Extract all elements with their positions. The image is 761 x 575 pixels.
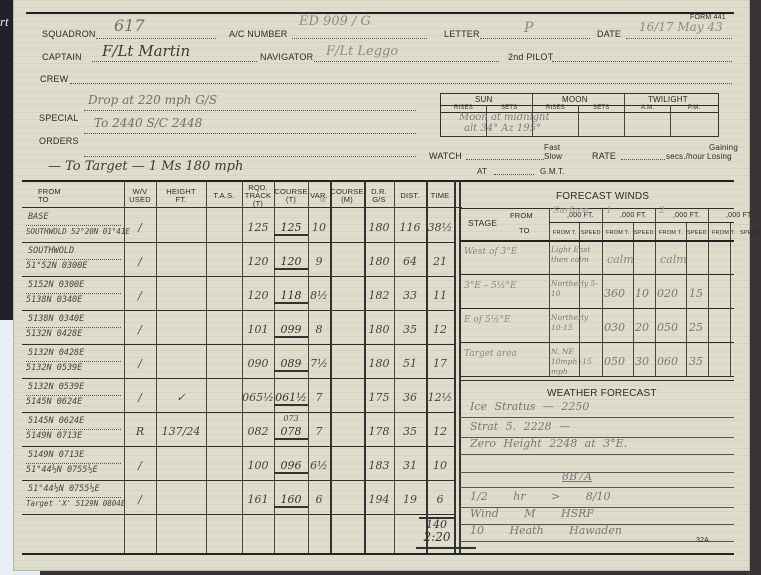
special-label: SPECIAL bbox=[39, 113, 78, 123]
winds-sub-from: FROM T. bbox=[659, 230, 682, 236]
winds-altitude-value: 2 bbox=[659, 206, 665, 216]
winds-altitude-divider bbox=[602, 209, 603, 377]
letter-value[interactable]: P bbox=[524, 20, 533, 36]
log-header-dist: DIST. bbox=[394, 192, 426, 200]
log-row-midline bbox=[26, 259, 121, 260]
orders-label: ORDERS bbox=[39, 136, 79, 146]
log-cell-wv[interactable]: / bbox=[124, 357, 156, 370]
weather-line[interactable]: 10 Heath Hawaden bbox=[470, 524, 622, 537]
ac-number-line bbox=[292, 38, 427, 39]
letter-label: LETTER bbox=[444, 29, 480, 39]
winds-stage-divider bbox=[549, 209, 550, 377]
log-cell-gs[interactable]: 180 bbox=[364, 357, 394, 370]
sun-rises-label: RISES bbox=[454, 105, 473, 111]
winds-alt1-speed[interactable]: 30 bbox=[635, 355, 649, 368]
log-cell-dist[interactable]: 31 bbox=[394, 459, 426, 472]
log-row-rule bbox=[22, 276, 454, 277]
log-row-rule bbox=[22, 480, 454, 481]
log-header-tas: T.A.S. bbox=[206, 192, 242, 200]
crew-line bbox=[70, 83, 732, 84]
log-cell-gs[interactable]: 178 bbox=[364, 425, 394, 438]
weather-line[interactable]: Ice Stratus — 2250 bbox=[470, 400, 589, 413]
log-cell-gs[interactable]: 182 bbox=[364, 289, 394, 302]
log-row-from[interactable]: 5138N 0340E bbox=[28, 314, 84, 324]
total-time-hm: 2:20 bbox=[417, 530, 457, 544]
squadron-value[interactable]: 617 bbox=[114, 16, 145, 35]
squadron-line bbox=[96, 38, 216, 39]
winds-alt2-from[interactable]: 060 bbox=[657, 355, 678, 368]
log-row-to[interactable]: SOUTHWOLD 52°20N 01°41E bbox=[26, 227, 130, 236]
log-cell-gs[interactable]: 183 bbox=[364, 459, 394, 472]
second-pilot-line bbox=[552, 61, 732, 62]
navigation-log-form: FORM 441 SQUADRON 617 A/C NUMBER ED 909 … bbox=[14, 0, 749, 570]
log-row-rule bbox=[22, 242, 454, 243]
log-cell-track[interactable]: 082 bbox=[242, 425, 274, 438]
log-header-track: RQD. TRACK (T) bbox=[242, 184, 274, 208]
log-row-from[interactable]: SOUTHWOLD bbox=[28, 246, 74, 256]
log-cell-var[interactable]: 6½ bbox=[308, 459, 330, 472]
orders-line-1 bbox=[84, 110, 416, 111]
log-cell-time[interactable]: 11 bbox=[426, 289, 454, 302]
winds-alt1[interactable]: calm bbox=[607, 253, 634, 266]
log-header-var: VAR. bbox=[308, 192, 330, 200]
log-header-height: HEIGHT FT. bbox=[156, 188, 206, 204]
log-cell-dist[interactable]: 35 bbox=[394, 425, 426, 438]
letter-line bbox=[480, 38, 590, 39]
log-header-course_t: COURSE (T) bbox=[274, 188, 308, 204]
winds-row-rule bbox=[460, 308, 734, 309]
log-cell-dist[interactable]: 64 bbox=[394, 255, 426, 268]
winds-surface[interactable]: Northerly 10-15 bbox=[551, 313, 601, 333]
winds-sub-speed: SPEED bbox=[740, 230, 760, 236]
winds-surface[interactable]: N. NE 10mph -15 mph bbox=[551, 347, 601, 377]
log-row-from[interactable]: BASE bbox=[28, 212, 48, 222]
log-row-midline bbox=[26, 293, 121, 294]
log-cell-time[interactable]: 6 bbox=[426, 493, 454, 506]
log-cell-time[interactable]: 10 bbox=[426, 459, 454, 472]
log-cell-dist[interactable]: 51 bbox=[394, 357, 426, 370]
twilight-am-label: A.M. bbox=[641, 105, 654, 111]
footer-code: 32A bbox=[696, 537, 709, 544]
log-cell-wv[interactable]: / bbox=[124, 459, 156, 472]
twilight-header: TWILIGHT bbox=[648, 95, 688, 104]
log-cell-course-note: 073 bbox=[274, 414, 308, 423]
winds-altitude-header: ,000 FT. bbox=[726, 212, 753, 219]
special-order-line-2[interactable]: To 2440 S/C 2448 bbox=[94, 116, 202, 130]
log-cell-wv[interactable]: / bbox=[124, 493, 156, 506]
winds-row-rule bbox=[460, 342, 734, 343]
celestial-subdivider-twilight bbox=[670, 105, 671, 136]
log-cell-course_t[interactable]: 096 bbox=[274, 459, 308, 474]
winds-stage[interactable]: 3°E – 5½°E bbox=[464, 281, 517, 291]
log-cell-var[interactable]: 9 bbox=[308, 255, 330, 268]
winds-stage[interactable]: E of 5½°E bbox=[464, 315, 511, 325]
watch-label: WATCH bbox=[429, 151, 462, 161]
log-cell-dist[interactable]: 116 bbox=[394, 221, 426, 234]
captain-value[interactable]: F/Lt Martin bbox=[102, 42, 190, 60]
navigator-line bbox=[314, 61, 499, 62]
winds-alt2-speed[interactable]: 25 bbox=[689, 321, 703, 334]
log-cell-var[interactable]: 8 bbox=[308, 323, 330, 336]
winds-altitude-value: 1 bbox=[606, 206, 612, 216]
winds-alt1-from[interactable]: 360 bbox=[604, 287, 625, 300]
weather-rule bbox=[460, 454, 734, 455]
log-cell-var[interactable]: 8½ bbox=[308, 289, 330, 302]
at-label: AT bbox=[477, 167, 487, 176]
log-cell-track[interactable]: 120 bbox=[242, 289, 274, 302]
log-header-time: TIME bbox=[426, 192, 454, 200]
stage-label: STAGE bbox=[468, 218, 497, 228]
log-row-to[interactable]: 51°44½N 0755½E bbox=[26, 465, 98, 475]
celestial-divider-2 bbox=[624, 94, 625, 136]
orders-line-3 bbox=[84, 156, 416, 157]
log-column-divider bbox=[156, 181, 157, 553]
log-row-rule bbox=[22, 378, 454, 379]
rate-label: RATE bbox=[592, 151, 616, 161]
log-cell-course_t[interactable]: 120 bbox=[274, 255, 308, 270]
winds-surface[interactable]: Light East then calm bbox=[551, 245, 601, 265]
date-value[interactable]: 16/17 May 43 bbox=[639, 20, 723, 34]
background-text: rt bbox=[0, 14, 9, 30]
weather-rule bbox=[460, 417, 734, 418]
winds-altitude-header: ,000 FT. bbox=[673, 212, 700, 219]
special-order-line-1[interactable]: Drop at 220 mph G/S bbox=[88, 93, 217, 107]
winds-row-rule bbox=[460, 274, 734, 275]
log-cell-dist[interactable]: 35 bbox=[394, 323, 426, 336]
log-cell-course_t[interactable]: 125 bbox=[274, 221, 308, 236]
log-cell-track[interactable]: 065½ bbox=[242, 391, 274, 404]
navigator-value[interactable]: F/Lt Leggo bbox=[326, 44, 398, 59]
log-cell-var[interactable]: 7 bbox=[308, 391, 330, 404]
log-cell-track[interactable]: 120 bbox=[242, 255, 274, 268]
log-header-course_m: COURSE (M) bbox=[330, 188, 364, 204]
winds-sub-from: FROM T. bbox=[712, 230, 735, 236]
date-label: DATE bbox=[597, 29, 621, 39]
log-cell-dist[interactable]: 33 bbox=[394, 289, 426, 302]
celestial-subdivider-moon bbox=[578, 105, 579, 136]
gmt-label: G.M.T. bbox=[540, 167, 565, 176]
winds-sub-speed: SPEED bbox=[581, 230, 601, 236]
winds-subheader-rule bbox=[549, 222, 734, 223]
log-cell-track[interactable]: 101 bbox=[242, 323, 274, 336]
top-rule bbox=[26, 12, 734, 14]
table-bottom-rule bbox=[22, 553, 734, 555]
log-row-from[interactable]: 5149N 0713E bbox=[28, 450, 84, 460]
ac-number-label: A/C NUMBER bbox=[229, 29, 288, 39]
log-cell-time[interactable]: 12 bbox=[426, 323, 454, 336]
secs-hour-label: secs./hour bbox=[666, 152, 705, 161]
log-cell-course_t[interactable]: 078 bbox=[274, 425, 308, 440]
winds-header-bottom-rule bbox=[460, 240, 734, 242]
log-row-rule bbox=[22, 344, 454, 345]
winds-speed-divider bbox=[686, 222, 687, 377]
log-cell-wv[interactable]: / bbox=[124, 221, 156, 234]
log-cell-time[interactable]: 12 bbox=[426, 425, 454, 438]
log-row-midline bbox=[26, 395, 121, 396]
sun-sets-label: SETS bbox=[501, 105, 517, 111]
weather-rule bbox=[460, 487, 734, 488]
watch-fast: Fast bbox=[544, 143, 560, 152]
table-top-rule bbox=[22, 180, 734, 182]
log-cell-var[interactable]: 7½ bbox=[308, 357, 330, 370]
winds-sub-speed: SPEED bbox=[634, 230, 654, 236]
navigator-label: NAVIGATOR bbox=[260, 52, 313, 62]
log-cell-gs[interactable]: 175 bbox=[364, 391, 394, 404]
log-row-rule bbox=[22, 514, 454, 515]
log-header-wv: W/V USED bbox=[124, 188, 156, 204]
weather-forecast-title: WEATHER FORECAST bbox=[547, 388, 657, 399]
log-cell-course_t[interactable]: 160 bbox=[274, 493, 308, 508]
winds-surface[interactable]: Northerly 5-10 bbox=[551, 279, 601, 299]
log-cell-course_t[interactable]: 061½ bbox=[274, 391, 308, 406]
log-cell-wv[interactable]: / bbox=[124, 255, 156, 268]
log-header-gs: D.R. G/S bbox=[364, 188, 394, 204]
date-line bbox=[626, 38, 732, 39]
watch-slow: Slow bbox=[544, 152, 562, 161]
weather-rule bbox=[460, 472, 734, 473]
second-pilot-label: 2nd PILOT bbox=[508, 52, 553, 62]
log-cell-course_t[interactable]: 118 bbox=[274, 289, 308, 304]
squadron-label: SQUADRON bbox=[42, 29, 96, 39]
weather-line[interactable]: Wind M HSRF bbox=[470, 507, 594, 520]
log-row-to[interactable]: 5145N 0624E bbox=[26, 397, 82, 407]
winds-sub-from: FROM T. bbox=[606, 230, 629, 236]
winds-alt2-speed[interactable]: 15 bbox=[689, 287, 703, 300]
celestial-row-rule-1 bbox=[441, 105, 718, 106]
winds-sub-from: FROM T. bbox=[553, 230, 576, 236]
log-row-midline bbox=[26, 497, 121, 498]
log-cell-var[interactable]: 7 bbox=[308, 425, 330, 438]
winds-alt1-speed[interactable]: 20 bbox=[635, 321, 649, 334]
table-split-divider-2 bbox=[459, 181, 461, 553]
weather-line[interactable]: 1/2 hr > 8/10 bbox=[470, 490, 610, 503]
winds-altitude-header: ,000 FT. bbox=[620, 212, 647, 219]
log-cell-time[interactable]: 12½ bbox=[426, 391, 454, 404]
log-row-from[interactable]: 5132N 0428E bbox=[28, 348, 84, 358]
weather-line[interactable]: Strat 5. 2228 — bbox=[470, 420, 570, 433]
log-cell-course_t[interactable]: 099 bbox=[274, 323, 308, 338]
log-row-rule bbox=[22, 310, 454, 311]
log-cell-wv[interactable]: R bbox=[124, 425, 156, 438]
crew-label: CREW bbox=[40, 74, 68, 84]
log-cell-var[interactable]: 10 bbox=[308, 221, 330, 234]
winds-stage[interactable]: West of 3°E bbox=[464, 247, 517, 257]
log-row-rule bbox=[22, 412, 454, 413]
moon-sets-label: SETS bbox=[593, 105, 609, 111]
rate-line bbox=[621, 159, 665, 160]
stage-to-label: TO bbox=[519, 226, 530, 235]
winds-alt2[interactable]: calm bbox=[660, 253, 687, 266]
winds-stage[interactable]: Target area bbox=[464, 349, 517, 359]
log-cell-wv[interactable]: / bbox=[124, 289, 156, 302]
log-row-midline bbox=[26, 225, 121, 226]
captain-label: CAPTAIN bbox=[42, 52, 82, 62]
losing-label: Losing bbox=[707, 152, 732, 161]
log-column-divider bbox=[206, 181, 207, 553]
log-cell-time[interactable]: 17 bbox=[426, 357, 454, 370]
watch-line bbox=[466, 159, 544, 160]
log-row-from[interactable]: 51°44½N 0755½E bbox=[28, 484, 100, 494]
log-row-midline bbox=[26, 463, 121, 464]
captain-line bbox=[92, 61, 257, 62]
winds-altitude-divider bbox=[655, 209, 656, 377]
celestial-note-1[interactable]: Moon at midnight bbox=[459, 112, 550, 123]
log-cell-gs[interactable]: 194 bbox=[364, 493, 394, 506]
log-cell-wv[interactable]: / bbox=[124, 323, 156, 336]
weather-line[interactable]: Zero Height 2248 at 3°E. bbox=[470, 437, 627, 450]
forecast-winds-title: FORECAST WINDS bbox=[556, 191, 649, 202]
log-cell-height[interactable]: ✓ bbox=[156, 391, 206, 404]
at-line bbox=[494, 174, 534, 175]
winds-altitude-divider bbox=[708, 209, 709, 377]
table-split-divider-1 bbox=[454, 181, 456, 553]
log-cell-track[interactable]: 125 bbox=[242, 221, 274, 234]
log-cell-dist[interactable]: 36 bbox=[394, 391, 426, 404]
log-row-from[interactable]: 5145N 0624E bbox=[28, 416, 84, 426]
gaining-label: Gaining bbox=[709, 143, 738, 152]
log-row-to[interactable]: 5138N 0340E bbox=[26, 295, 82, 305]
log-cell-height[interactable]: 137/24 bbox=[156, 425, 206, 438]
orders-line-2 bbox=[84, 133, 416, 134]
twilight-pm-label: P.M. bbox=[688, 105, 700, 111]
ac-number-value[interactable]: ED 909 / G bbox=[299, 14, 371, 29]
log-row-midline bbox=[26, 361, 121, 362]
weather-rule bbox=[460, 541, 734, 542]
log-row-to[interactable]: Target 'X' 5129N 0804E bbox=[26, 499, 125, 508]
stage-from-label: FROM bbox=[510, 211, 533, 220]
weather-line[interactable]: 8B7A bbox=[562, 470, 592, 483]
var-sub-label: W bbox=[320, 198, 326, 204]
totals-rule-bottom bbox=[416, 547, 476, 549]
winds-altitude-value: Surface bbox=[553, 206, 588, 216]
log-row-rule bbox=[22, 446, 454, 447]
log-cell-wv[interactable]: / bbox=[124, 391, 156, 404]
winds-alt2-from[interactable]: 020 bbox=[657, 287, 678, 300]
log-row-to[interactable]: 5149N 0713E bbox=[26, 431, 82, 441]
sun-header: SUN bbox=[475, 95, 493, 104]
log-cell-track[interactable]: 100 bbox=[242, 459, 274, 472]
log-cell-track[interactable]: 161 bbox=[242, 493, 274, 506]
log-cell-gs[interactable]: 180 bbox=[364, 323, 394, 336]
winds-alt1-speed[interactable]: 10 bbox=[635, 287, 649, 300]
log-row-midline bbox=[26, 429, 121, 430]
winds-sub-speed: SPEED bbox=[687, 230, 707, 236]
log-cell-dist[interactable]: 19 bbox=[394, 493, 426, 506]
log-cell-gs[interactable]: 180 bbox=[364, 255, 394, 268]
moon-header: MOON bbox=[562, 95, 588, 104]
log-cell-gs[interactable]: 180 bbox=[364, 221, 394, 234]
weather-top-rule bbox=[460, 380, 734, 381]
log-cell-time[interactable]: 21 bbox=[426, 255, 454, 268]
log-row-to[interactable]: 5132N 0539E bbox=[26, 363, 82, 373]
winds-title-rule bbox=[460, 208, 734, 209]
log-row-midline bbox=[26, 327, 121, 328]
winds-alt1-from[interactable]: 030 bbox=[604, 321, 625, 334]
winds-alt2-from[interactable]: 050 bbox=[657, 321, 678, 334]
log-cell-course_t[interactable]: 089 bbox=[274, 357, 308, 372]
log-row-from[interactable]: 5152N 0300E bbox=[28, 280, 84, 290]
log-cell-track[interactable]: 090 bbox=[242, 357, 274, 370]
log-row-to[interactable]: 5132N 0428E bbox=[26, 329, 82, 339]
log-cell-time[interactable]: 38½ bbox=[426, 221, 454, 234]
winds-alt1-from[interactable]: 050 bbox=[604, 355, 625, 368]
log-row-from[interactable]: 5132N 0539E bbox=[28, 382, 84, 392]
winds-speed-divider bbox=[730, 222, 731, 377]
log-column-divider bbox=[330, 181, 332, 553]
log-row-to[interactable]: 51°52N 0300E bbox=[26, 261, 87, 271]
winds-speed-divider bbox=[633, 222, 634, 377]
log-cell-var[interactable]: 6 bbox=[308, 493, 330, 506]
moon-rises-label: RISES bbox=[546, 105, 565, 111]
special-order-line-3[interactable]: — To Target — 1 Ms 180 mph bbox=[48, 159, 243, 174]
winds-alt2-speed[interactable]: 35 bbox=[689, 355, 703, 368]
celestial-note-2[interactable]: alt 34° Az 195° bbox=[464, 123, 541, 134]
